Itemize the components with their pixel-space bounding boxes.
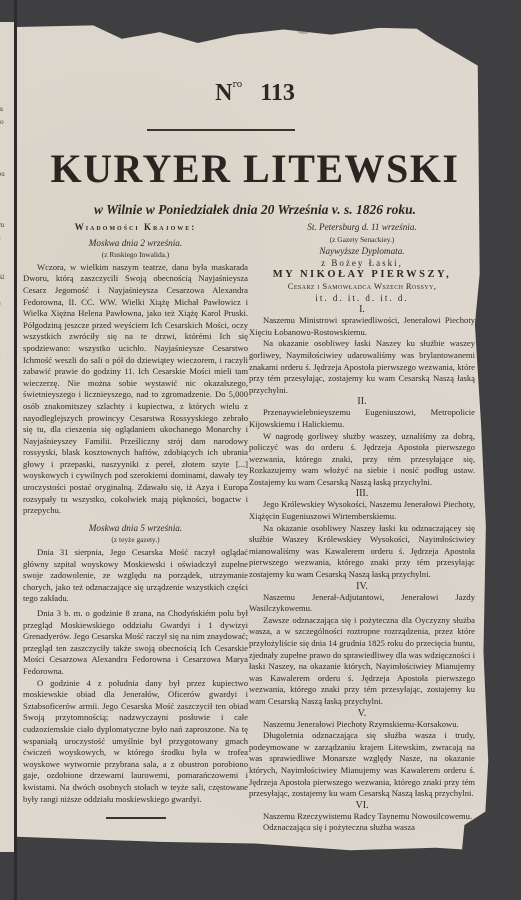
header-rule [147,129,295,131]
adjacent-page-text: dalk [0,364,14,374]
decree-section-4: IV. Naszemu Jenerał-Adjutantowi, Jenerał… [249,581,475,708]
adjacent-page-text: lą zi [0,325,14,335]
article-moscow-1: Moskwa dnia 2 września. (z Ruskiego Inwa… [23,238,248,517]
section-numeral: VI. [249,800,475,811]
number-prefix: N [215,80,232,106]
article-source: (z Ruskiego Inwalida.) [23,249,248,261]
section-body: Na okazanie osobliwey Naszey łaski ku od… [249,523,475,581]
dateline: w Wilnie w Poniedziałek dnia 20 Września… [17,202,493,218]
adjacent-page-text: s mo [0,208,14,218]
article-paragraph: Wczora, w wielkim naszym teatrze, dana b… [23,262,248,517]
decree-section-1: I. Naszemu Ministrowi sprawiedliwości, J… [249,304,475,396]
adjacent-page-text: działa [0,105,14,115]
number-superscript: ro [232,80,242,90]
adjacent-page-text: ił jak [0,144,14,154]
decree-heading: Naywyższe Dyplomata. [249,246,475,258]
adjacent-page-text: i [0,429,14,439]
adjacent-page-text: lid [0,377,14,387]
section-body: W nagrodę gorliwey służby waszey, uznali… [249,431,475,489]
book-spine [14,0,17,900]
section-numeral: IV. [249,581,475,592]
section-addressee: Przenaywielebnieyszemu Eugeniuszowi, Met… [249,407,475,430]
decree-section-2: II. Przenaywielebnieyszemu Eugeniuszowi,… [249,396,475,488]
adjacent-page-text: ue [0,338,14,348]
grace-formula: z Bożey Łaski, [249,258,475,270]
adjacent-page-text: nyg [0,390,14,400]
section-title: Wiadomości Krajowe: [23,222,248,234]
adjacent-page-text: enie, [0,157,14,167]
article-source: (z Gazety Senackiey.) [249,234,475,246]
adjacent-page-text: Główn [0,221,14,231]
section-numeral: II. [249,396,475,407]
etc-formula: it. d. it. d. it. d. [249,293,475,305]
right-column: St. Petersburg d. 11 września. (z Gazety… [249,222,475,834]
adjacent-page-text: ny re [0,299,14,309]
adjacent-page-text: Za [0,247,14,257]
article-place: St. Petersburg d. 11 września. [249,222,475,234]
monarch-name: MY NIKOŁAY PIERWSZY, [249,269,475,281]
adjacent-page-text: a rąc [0,351,14,361]
adjacent-page-text: s, że [0,131,14,141]
section-addressee: Naszemu Jenerałowi Piechoty Rzymskiemu-K… [249,719,475,731]
adjacent-page-text: wie [0,442,14,452]
section-addressee: Naszemu Rzeczywistemu Radcy Taynemu Nowo… [249,811,475,823]
adjacent-page-text: rzkie [0,312,14,322]
section-addressee: Jego Królewskiey Wysokości, Naszemu Jene… [249,499,475,522]
adjacent-page-text: ała [0,455,14,465]
article-moscow-2: Moskwa dnia 5 września. (z teyże gazety.… [23,523,248,805]
adjacent-page-text: tol [0,468,14,478]
section-body: Zawsze odznaczająca się i pożyteczna dla… [249,615,475,708]
section-addressee: Naszemu Jenerał-Adjutantowi, Jenerałowi … [249,592,475,615]
decree-section-3: III. Jego Królewskiey Wysokości, Naszemu… [249,488,475,580]
adjacent-page-text: dzia [0,481,14,491]
paper-stain [296,24,312,34]
article-place: Moskwa dnia 2 września. [23,238,248,250]
adjacent-page-text: dzia [0,260,14,270]
left-column: Wiadomości Krajowe: Moskwa dnia 2 wrześn… [23,222,248,819]
section-body: Na okazanie osobliwey łaski Naszey ku sł… [249,338,475,396]
adjacent-page-text: wał [0,416,14,426]
section-body: Długoletnia odznaczająca się słuźba wasz… [249,730,475,800]
decree-section-6: VI. Naszemu Rzeczywistemu Radcy Taynemu … [249,800,475,834]
article-paragraph: Dnia 3 b. m. o godzinie 8 zrana, na Chod… [23,608,248,678]
section-numeral: V. [249,708,475,719]
adjacent-page-text: Zmie [0,234,14,244]
adjacent-page-text: e miło [0,118,14,128]
adjacent-page-text: ch [0,403,14,413]
article-paragraph: O godzinie 4 z południa dany był przez k… [23,678,248,806]
adjacent-page-text: marou [0,170,14,180]
end-rule [106,817,166,819]
adjacent-page-strip: obliżdziałae miłos, żeił jakenie,marous … [0,22,14,852]
section-body: Odznaczająca się i pożyteczna służba was… [249,822,475,834]
issue-number: Nro113 [17,80,493,107]
section-numeral: III. [249,488,475,499]
decree-section-5: V. Naszemu Jenerałowi Piechoty Rzymskiem… [249,708,475,800]
article-place: Moskwa dnia 5 września. [23,523,248,535]
newspaper-page: Nro113 KURYER LITEWSKI w Wilnie w Ponied… [17,22,493,862]
adjacent-page-text: zgi [0,286,14,296]
number-value: 113 [260,80,295,106]
adjacent-page-text: obliż [0,92,14,102]
adjacent-page-text: nyyski [0,273,14,283]
masthead-title: KURYER LITEWSKI [17,145,493,192]
section-numeral: I. [249,304,475,315]
article-paragraph: Dnia 31 sierpnia, Jego Cesarska Mość rac… [23,547,248,605]
monarch-title: Cesarz i Samowładca Wszech Rossyy, [249,281,475,293]
section-addressee: Naszemu Ministrowi sprawiedliwości, Jene… [249,315,475,338]
article-source: (z teyże gazety.) [23,534,248,546]
